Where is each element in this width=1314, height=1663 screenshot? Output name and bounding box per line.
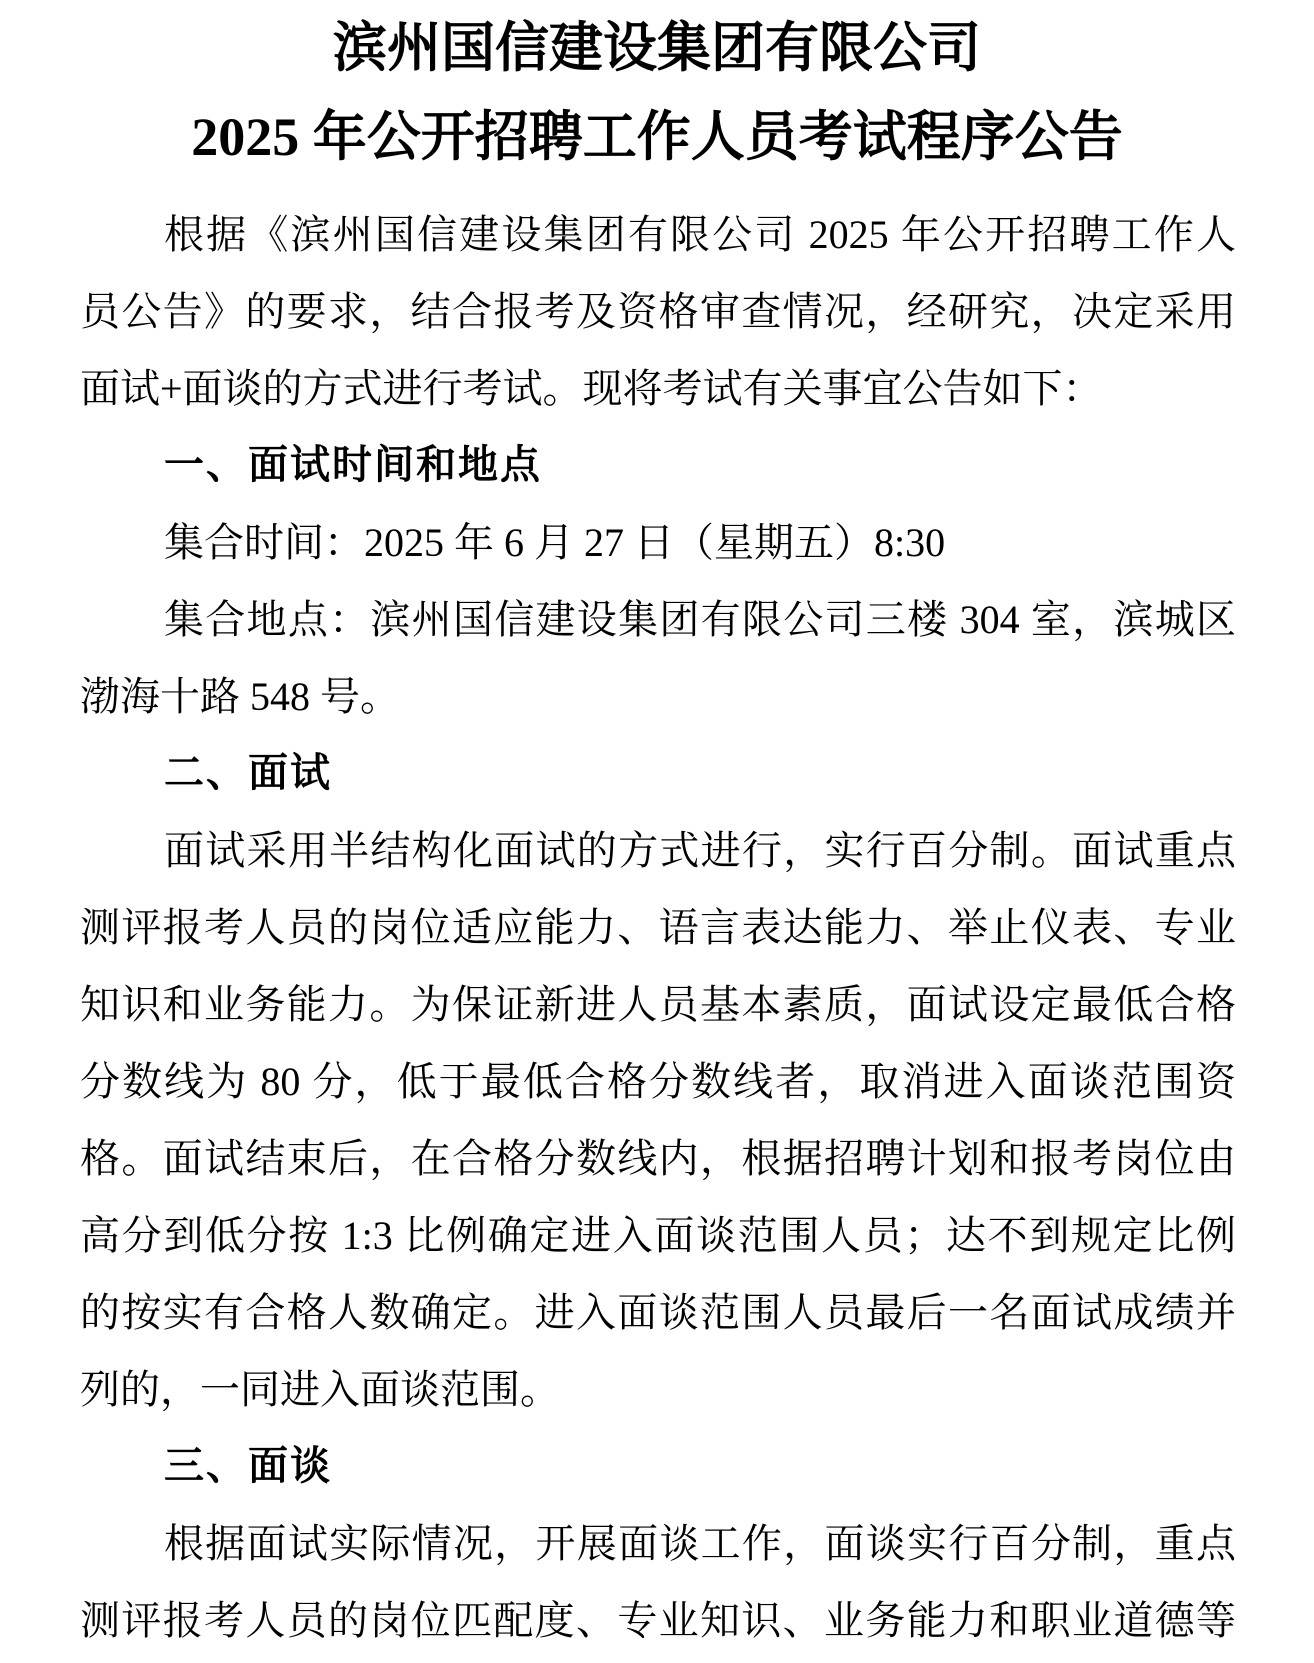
body-text-line: 渤海十路 548 号。 <box>80 658 1236 735</box>
body-text-line: 测评报考人员的岗位适应能力、语言表达能力、举止仪表、专业 <box>80 889 1236 966</box>
document-body: 根据《滨州国信建设集团有限公司 2025 年公开招聘工作人员公告》的要求，结合报… <box>80 196 1236 1659</box>
body-text-line: 格。面试结束后，在合格分数线内，根据招聘计划和报考岗位由 <box>80 1120 1236 1197</box>
body-text-line: 集合地点：滨州国信建设集团有限公司三楼 304 室，滨城区 <box>80 581 1236 658</box>
body-text-line: 员公告》的要求，结合报考及资格审查情况，经研究，决定采用 <box>80 273 1236 350</box>
body-text-line: 面试采用半结构化面试的方式进行，实行百分制。面试重点 <box>80 812 1236 889</box>
section-heading: 二、面试 <box>80 735 1236 812</box>
body-text-line: 高分到低分按 1:3 比例确定进入面谈范围人员；达不到规定比例 <box>80 1197 1236 1274</box>
section-heading: 一、面试时间和地点 <box>80 427 1236 504</box>
document-title-line-1: 滨州国信建设集团有限公司 <box>0 4 1314 93</box>
body-text-line: 根据《滨州国信建设集团有限公司 2025 年公开招聘工作人 <box>80 196 1236 273</box>
body-text-line: 根据面试实际情况，开展面谈工作，面谈实行百分制，重点 <box>80 1505 1236 1582</box>
body-text-line: 分数线为 80 分，低于最低合格分数线者，取消进入面谈范围资 <box>80 1043 1236 1120</box>
document-title-line-2: 2025 年公开招聘工作人员考试程序公告 <box>0 93 1314 182</box>
section-heading: 三、面谈 <box>80 1428 1236 1505</box>
body-text-line: 面试+面谈的方式进行考试。现将考试有关事宜公告如下： <box>80 350 1236 427</box>
document-page: 滨州国信建设集团有限公司 2025 年公开招聘工作人员考试程序公告 根据《滨州国… <box>0 0 1314 1663</box>
body-text-line: 列的，一同进入面谈范围。 <box>80 1351 1236 1428</box>
document-title-block: 滨州国信建设集团有限公司 2025 年公开招聘工作人员考试程序公告 <box>0 0 1314 182</box>
body-text-line: 集合时间：2025 年 6 月 27 日（星期五）8:30 <box>80 504 1236 581</box>
body-text-line: 的按实有合格人数确定。进入面谈范围人员最后一名面试成绩并 <box>80 1274 1236 1351</box>
body-text-line: 知识和业务能力。为保证新进人员基本素质，面试设定最低合格 <box>80 966 1236 1043</box>
body-text-line: 测评报考人员的岗位匹配度、专业知识、业务能力和职业道德等 <box>80 1582 1236 1659</box>
